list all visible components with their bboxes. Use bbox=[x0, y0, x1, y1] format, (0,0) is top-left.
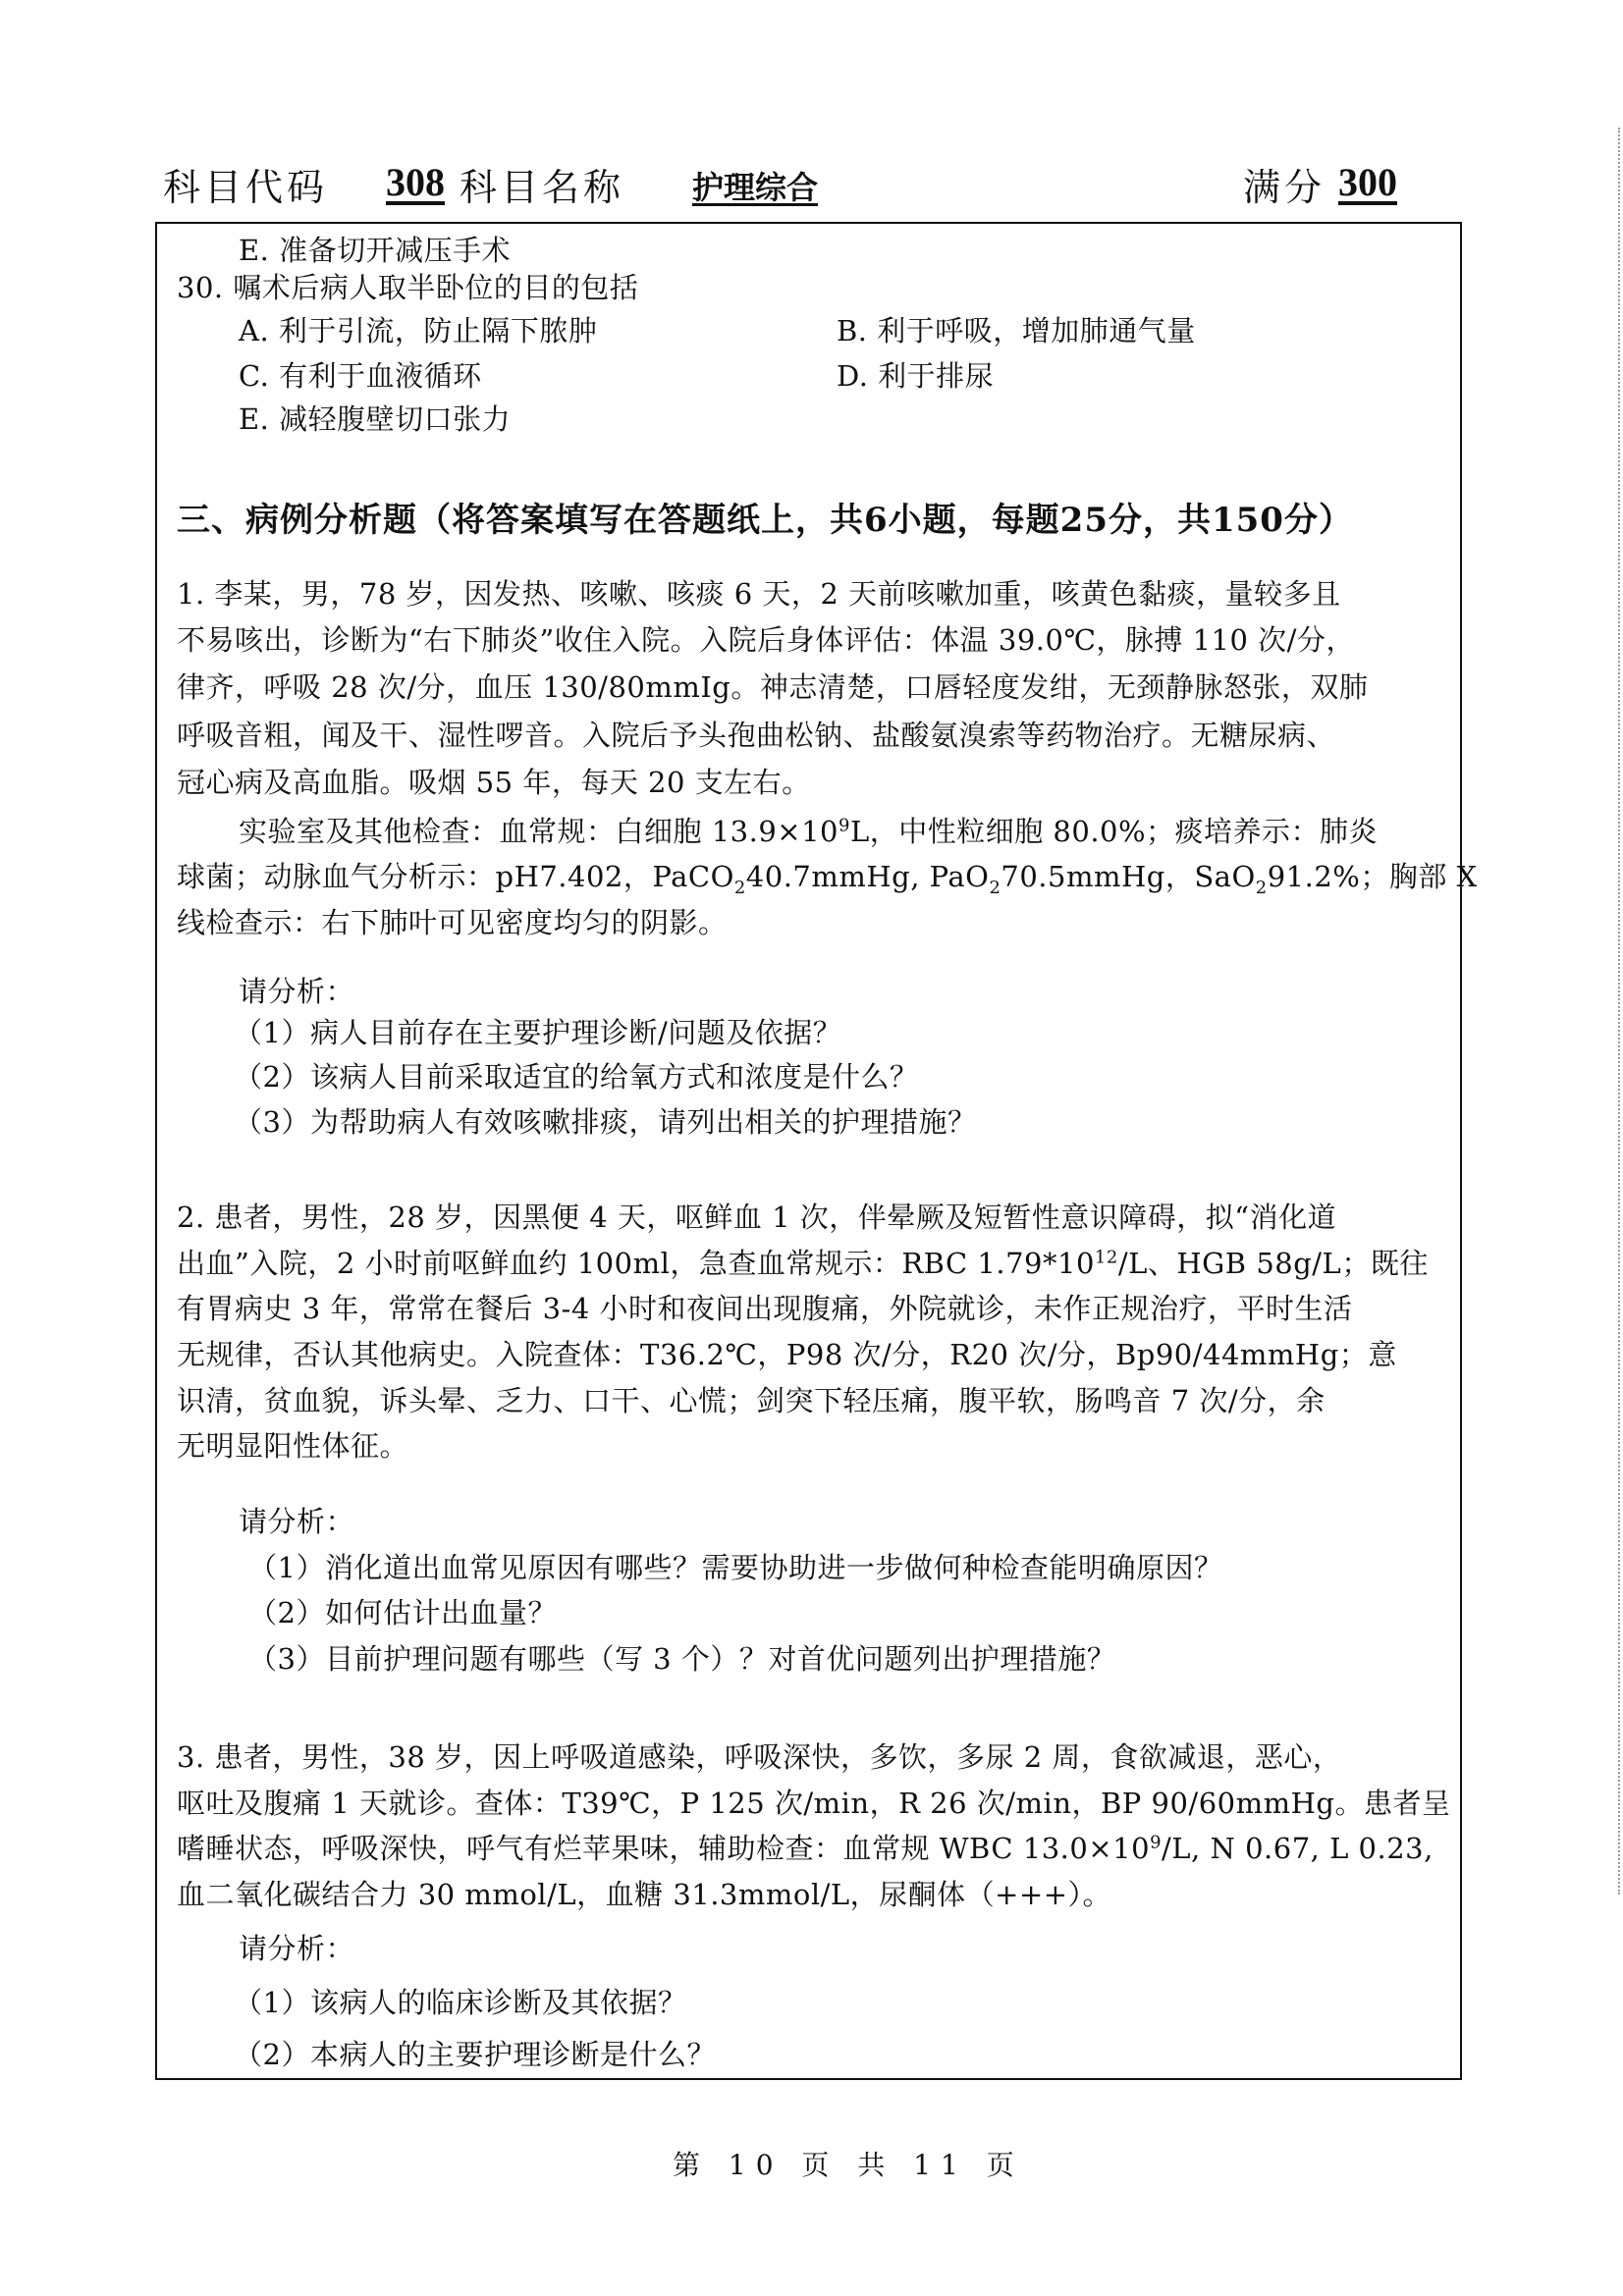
case-1-line-4: 呼吸音粗，闻及干、湿性啰音。入院后予头孢曲松钠、盐酸氨溴索等药物治疗。无糖尿病、 bbox=[177, 719, 1335, 752]
case-1-prompt: 请分析： bbox=[239, 975, 354, 1008]
subject-name-text: 护理综合 bbox=[692, 169, 818, 206]
case-2-line-2: 出血”入院，2 小时前呕鲜血约 100ml，急查血常规示：RBC 1.79*10… bbox=[177, 1247, 1429, 1280]
page-number: 第 10 页 共 11 页 bbox=[673, 2144, 1024, 2183]
case-1-question-2: （2）该病人目前采取适宜的给氧方式和浓度是什么？ bbox=[234, 1060, 918, 1094]
lab-exponent: 9 bbox=[839, 815, 850, 835]
case-2-line-3: 有胃病史 3 年，常常在餐后 3-4 小时和夜间出现腹痛，外院就诊，未作正规治疗… bbox=[177, 1292, 1353, 1325]
case-text: /L、HGB 58g/L；既往 bbox=[1118, 1247, 1429, 1280]
case-3-line-2: 呕吐及腹痛 1 天就诊。查体：T39℃，P 125 次/min，R 26 次/m… bbox=[177, 1787, 1450, 1820]
case-1-lab-line-2: 球菌；动脉血气分析示：pH7.402，PaCO240.7mmHg, PaO270… bbox=[177, 860, 1478, 893]
subscript: 2 bbox=[734, 878, 746, 898]
case-2-line-4: 无规律，否认其他病史。入院查体：T36.2℃，P98 次/分，R20 次/分，B… bbox=[177, 1338, 1397, 1371]
case-3-prompt: 请分析： bbox=[239, 1932, 354, 1965]
case-text: 嗜睡状态，呼吸深快，呼气有烂苹果味，辅助检查：血常规 WBC 13.0×10 bbox=[177, 1832, 1150, 1865]
case-1-line-1: 1. 李某，男，78 岁，因发热、咳嗽、咳痰 6 天，2 天前咳嗽加重，咳黄色黏… bbox=[177, 577, 1341, 611]
lab-text: 实验室及其他检查：血常规：白细胞 13.9×10 bbox=[239, 815, 839, 848]
case-2-prompt: 请分析： bbox=[239, 1505, 354, 1538]
case-2-question-2: （2）如何估计出血量？ bbox=[248, 1596, 557, 1629]
case-2-question-3: （3）目前护理问题有哪些（写 3 个）？对首优问题列出护理措施？ bbox=[248, 1642, 1115, 1676]
case-1-question-3: （3）为帮助病人有效咳嗽排痰，请列出相关的护理措施？ bbox=[234, 1105, 976, 1139]
case-1-line-2: 不易咳出，诊断为“右下肺炎”收住入院。入院后身体评估：体温 39.0℃，脉搏 1… bbox=[177, 623, 1355, 657]
full-score-label: 满分 bbox=[1243, 157, 1325, 211]
option-c: C. 有利于血液循环 bbox=[239, 359, 482, 393]
case-text: /L, N 0.67, L 0.23, bbox=[1162, 1832, 1434, 1865]
case-1-lab-line-1: 实验室及其他检查：血常规：白细胞 13.9×109L，中性粒细胞 80.0%；痰… bbox=[239, 815, 1378, 848]
case-2-line-5: 识清，贫血貌，诉头晕、乏力、口干、心慌；剑突下轻压痛，腹平软，肠鸣音 7 次/分… bbox=[177, 1384, 1325, 1417]
option-d: D. 利于排尿 bbox=[837, 359, 994, 393]
exponent: 12 bbox=[1095, 1247, 1118, 1267]
case-1-line-5: 冠心病及高血脂。吸烟 55 年，每天 20 支左右。 bbox=[177, 766, 811, 799]
case-1-question-1: （1）病人目前存在主要护理诊断/问题及依据？ bbox=[234, 1016, 841, 1049]
subscript: 2 bbox=[1256, 878, 1268, 898]
case-3-question-2: （2）本病人的主要护理诊断是什么？ bbox=[234, 2038, 716, 2071]
lab-text: 球菌；动脉血气分析示：pH7.402，PaCO bbox=[177, 860, 734, 893]
subject-code-label: 科目代码 bbox=[163, 157, 328, 211]
case-3-line-4: 血二氧化碳结合力 30 mmol/L，血糖 31.3mmol/L，尿酮体（+++… bbox=[177, 1878, 1111, 1911]
subject-code-number: 308 bbox=[386, 160, 445, 204]
section-heading: 三、病例分析题（将答案填写在答题纸上，共6小题，每题25分，共150分） bbox=[177, 501, 1353, 540]
subject-name-label: 科目名称 bbox=[460, 157, 624, 211]
lab-text: 40.7mmHg, PaO bbox=[746, 860, 990, 893]
subscript: 2 bbox=[989, 878, 1001, 898]
case-3-line-3: 嗜睡状态，呼吸深快，呼气有烂苹果味，辅助检查：血常规 WBC 13.0×109/… bbox=[177, 1832, 1434, 1865]
case-2-line-1: 2. 患者，男性，28 岁，因黑便 4 天，呕鲜血 1 次，伴晕厥及短暂性意识障… bbox=[177, 1201, 1336, 1234]
scan-edge-artifact bbox=[1618, 128, 1620, 1895]
lab-text: 91.2%；胸部 X bbox=[1268, 860, 1478, 893]
subject-name-value: 护理综合 bbox=[692, 163, 818, 208]
question-30-stem: 30. 嘱术后病人取半卧位的目的包括 bbox=[177, 271, 638, 304]
exponent: 9 bbox=[1150, 1832, 1162, 1852]
option-a: A. 利于引流，防止隔下脓肿 bbox=[239, 314, 597, 347]
case-2-question-1: （1）消化道出血常见原因有哪些？需要协助进一步做何种检查能明确原因？ bbox=[248, 1551, 1222, 1584]
lab-text: L，中性粒细胞 80.0%；痰培养示：肺炎 bbox=[850, 815, 1378, 848]
option-b: B. 利于呼吸，增加肺通气量 bbox=[837, 314, 1196, 347]
full-score-number: 300 bbox=[1338, 160, 1397, 204]
subject-code-value: 308 bbox=[386, 159, 445, 205]
case-text: 出血”入院，2 小时前呕鲜血约 100ml，急查血常规示：RBC 1.79*10 bbox=[177, 1247, 1095, 1280]
full-score-value: 300 bbox=[1338, 159, 1397, 205]
case-1-lab-line-3: 线检查示：右下肺叶可见密度均匀的阴影。 bbox=[177, 906, 728, 939]
prev-option-e: E. 准备切开减压手术 bbox=[239, 234, 511, 267]
case-3-question-1: （1）该病人的临床诊断及其依据？ bbox=[234, 1986, 686, 2019]
case-3-line-1: 3. 患者，男性，38 岁，因上呼吸道感染，呼吸深快，多饮，多尿 2 周，食欲减… bbox=[177, 1740, 1341, 1774]
case-1-line-3: 律齐，呼吸 28 次/分，血压 130/80mmIg。神志清楚，口唇轻度发绀，无… bbox=[177, 670, 1368, 704]
option-e: E. 减轻腹壁切口张力 bbox=[239, 402, 511, 436]
lab-text: 70.5mmHg，SaO bbox=[1001, 860, 1255, 893]
case-2-line-6: 无明显阳性体征。 bbox=[177, 1429, 408, 1463]
